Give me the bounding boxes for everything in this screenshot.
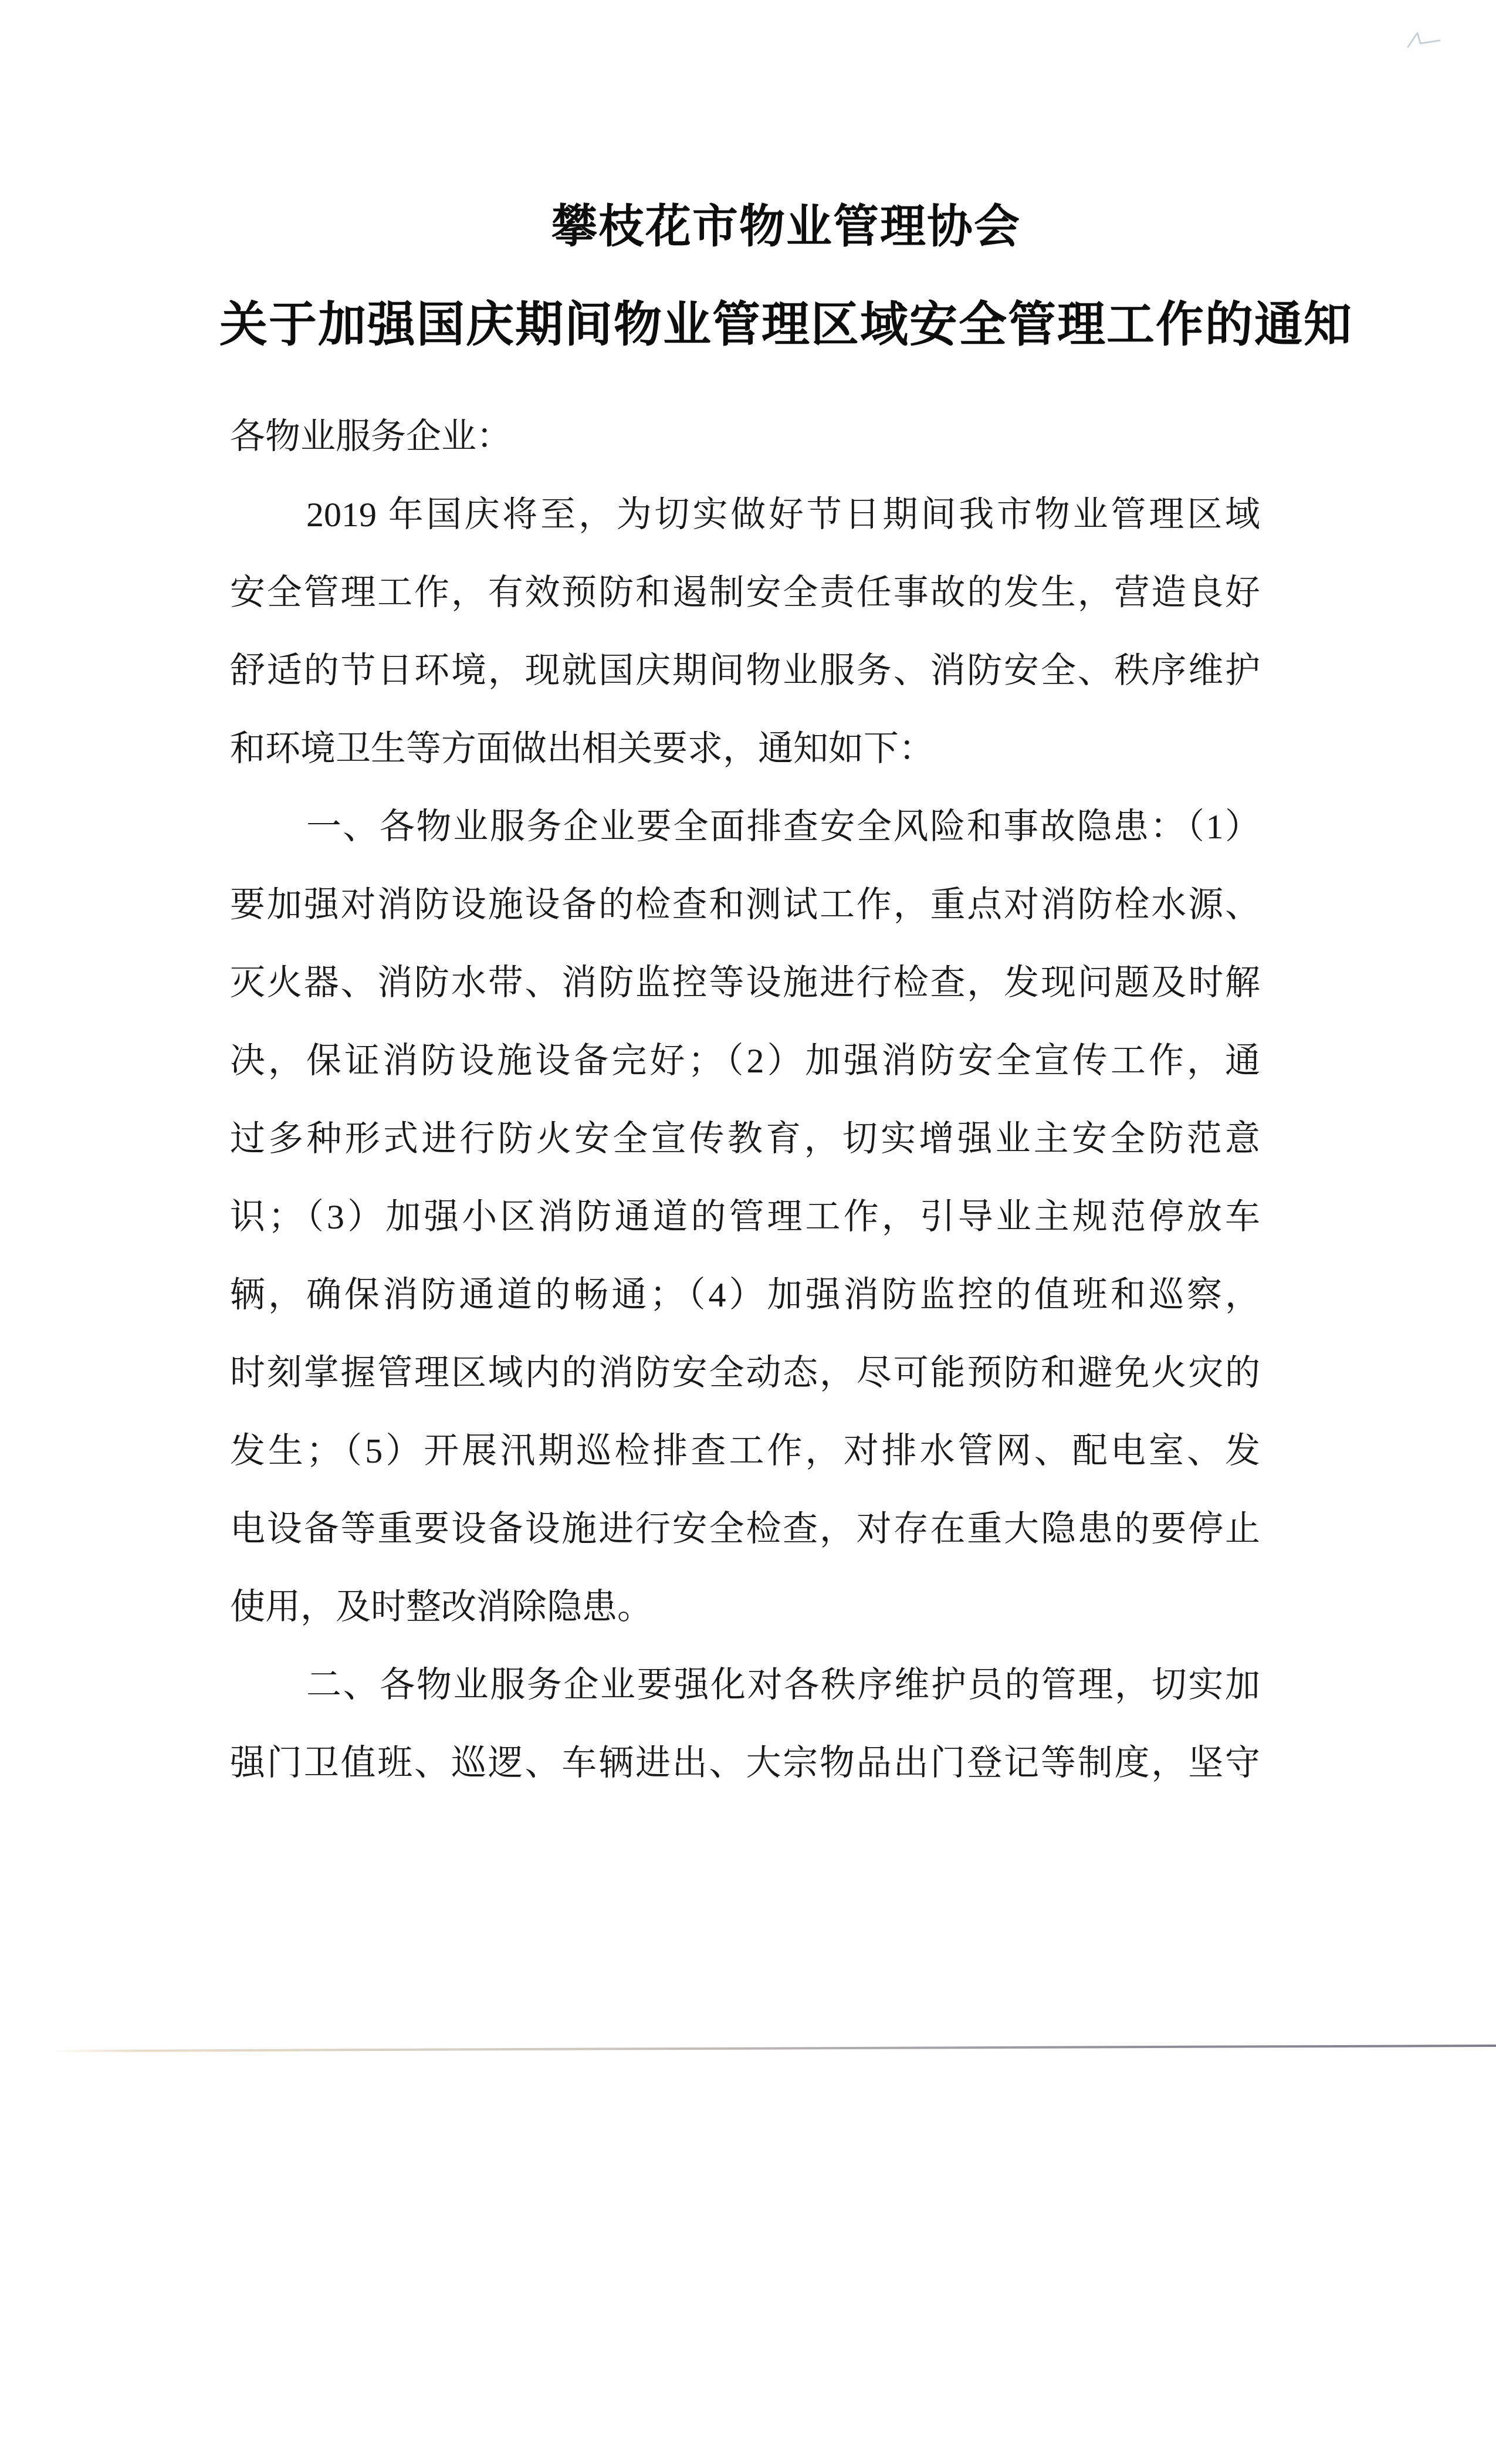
body-line: 过多种形式进行防火安全宣传教育，切实增强业主安全防范意 (230, 1100, 1260, 1178)
body-line: 识；（3）加强小区消防通道的管理工作，引导业主规范停放车 (230, 1178, 1260, 1256)
body-line: 时刻掌握管理区域内的消防安全动态，尽可能预防和避免火灾的 (230, 1334, 1260, 1412)
body-line: 辆，确保消防通道的畅通；（4）加强消防监控的值班和巡察， (230, 1256, 1260, 1334)
body-line: 2019 年国庆将至，为切实做好节日期间我市物业管理区域 (230, 476, 1260, 554)
body-line: 安全管理工作，有效预防和遏制安全责任事故的发生，营造良好 (230, 554, 1260, 632)
org-title: 攀枝花市物业管理协会 (0, 190, 1496, 256)
body-line: 一、各物业服务企业要全面排查安全风险和事故隐患：（1） (230, 788, 1260, 866)
scanned-notice-page: 攀枝花市物业管理协会 关于加强国庆期间物业管理区域安全管理工作的通知 各物业服务… (0, 0, 1496, 2464)
body-line: 使用，及时整改消除隐患。 (230, 1568, 1260, 1646)
notice-body: 各物业服务企业： 2019 年国庆将至，为切实做好节日期间我市物业管理区域 安全… (230, 398, 1260, 1802)
body-line: 和环境卫生等方面做出相关要求，通知如下： (230, 710, 1260, 788)
body-line: 强门卫值班、巡逻、车辆进出、大宗物品出门登记等制度，坚守 (230, 1724, 1260, 1802)
notice-title: 关于加强国庆期间物业管理区域安全管理工作的通知 (0, 286, 1496, 355)
body-line: 决，保证消防设施设备完好；（2）加强消防安全宣传工作，通 (230, 1022, 1260, 1100)
salutation-line: 各物业服务企业： (230, 398, 1260, 476)
body-line: 要加强对消防设施设备的检查和测试工作，重点对消防栓水源、 (230, 866, 1260, 944)
body-line: 舒适的节日环境，现就国庆期间物业服务、消防安全、秩序维护 (230, 632, 1260, 710)
pen-mark-artifact (1403, 25, 1446, 53)
body-line: 发生；（5）开展汛期巡检排查工作，对排水管网、配电室、发 (230, 1412, 1260, 1490)
body-line: 灭火器、消防水带、消防监控等设施进行检查，发现问题及时解 (230, 944, 1260, 1022)
scan-edge-line-artifact (52, 2045, 1496, 2052)
body-line: 二、各物业服务企业要强化对各秩序维护员的管理，切实加 (230, 1646, 1260, 1724)
body-line: 电设备等重要设备设施进行安全检查，对存在重大隐患的要停止 (230, 1490, 1260, 1568)
